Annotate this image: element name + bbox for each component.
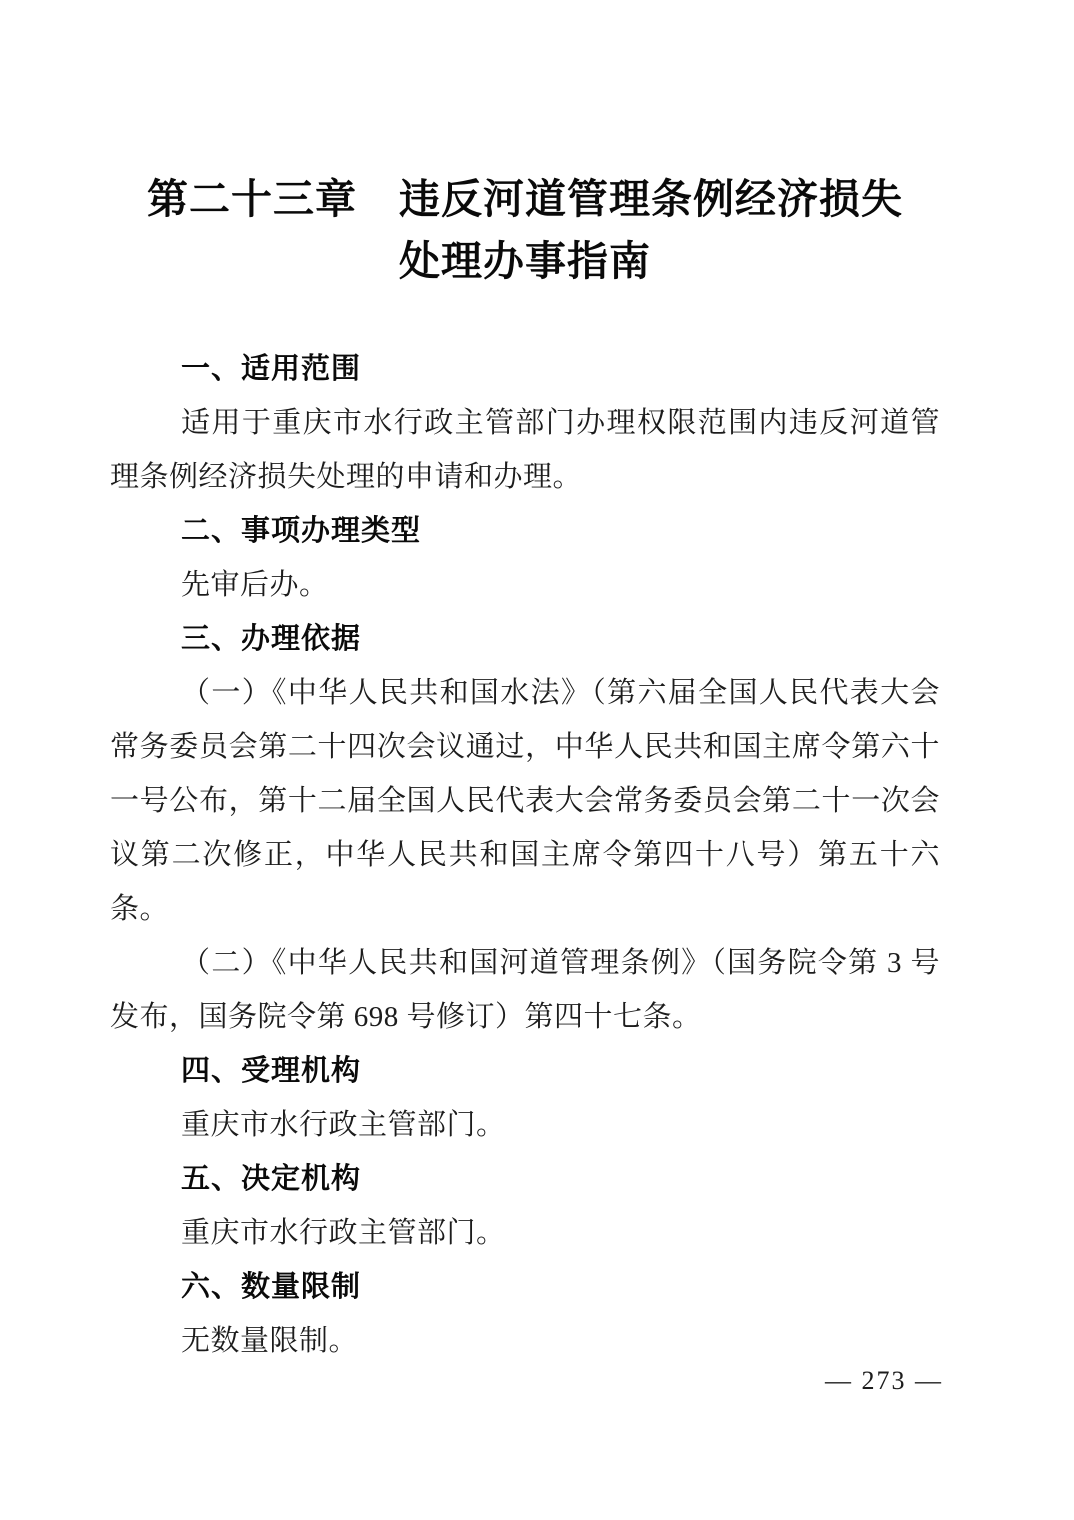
- section-heading: 六、数量限制: [110, 1260, 940, 1314]
- document-page: 第二十三章 违反河道管理条例经济损失 处理办事指南 一、适用范围适用于重庆市水行…: [0, 0, 1074, 1520]
- page-title: 第二十三章 违反河道管理条例经济损失 处理办事指南: [110, 168, 940, 292]
- paragraph: （一）《中华人民共和国水法》（第六届全国人民代表大会常务委员会第二十四次会议通过…: [110, 666, 940, 936]
- section-heading: 二、事项办理类型: [110, 504, 940, 558]
- paragraph: 重庆市水行政主管部门。: [110, 1206, 940, 1260]
- sections: 一、适用范围适用于重庆市水行政主管部门办理权限范围内违反河道管理条例经济损失处理…: [110, 342, 940, 1368]
- paragraph: 先审后办。: [110, 558, 940, 612]
- page-number: — 273 —: [825, 1366, 943, 1396]
- paragraph: （二）《中华人民共和国河道管理条例》（国务院令第 3 号发布，国务院令第 698…: [110, 936, 940, 1044]
- paragraph: 无数量限制。: [110, 1314, 940, 1368]
- page-title-line2: 处理办事指南: [110, 230, 940, 292]
- section-heading: 四、受理机构: [110, 1044, 940, 1098]
- page-title-line1: 第二十三章 违反河道管理条例经济损失: [110, 168, 940, 230]
- section-heading: 一、适用范围: [110, 342, 940, 396]
- paragraph: 适用于重庆市水行政主管部门办理权限范围内违反河道管理条例经济损失处理的申请和办理…: [110, 396, 940, 504]
- section-heading: 三、办理依据: [110, 612, 940, 666]
- section-heading: 五、决定机构: [110, 1152, 940, 1206]
- document-content: 第二十三章 违反河道管理条例经济损失 处理办事指南 一、适用范围适用于重庆市水行…: [110, 168, 940, 1368]
- paragraph: 重庆市水行政主管部门。: [110, 1098, 940, 1152]
